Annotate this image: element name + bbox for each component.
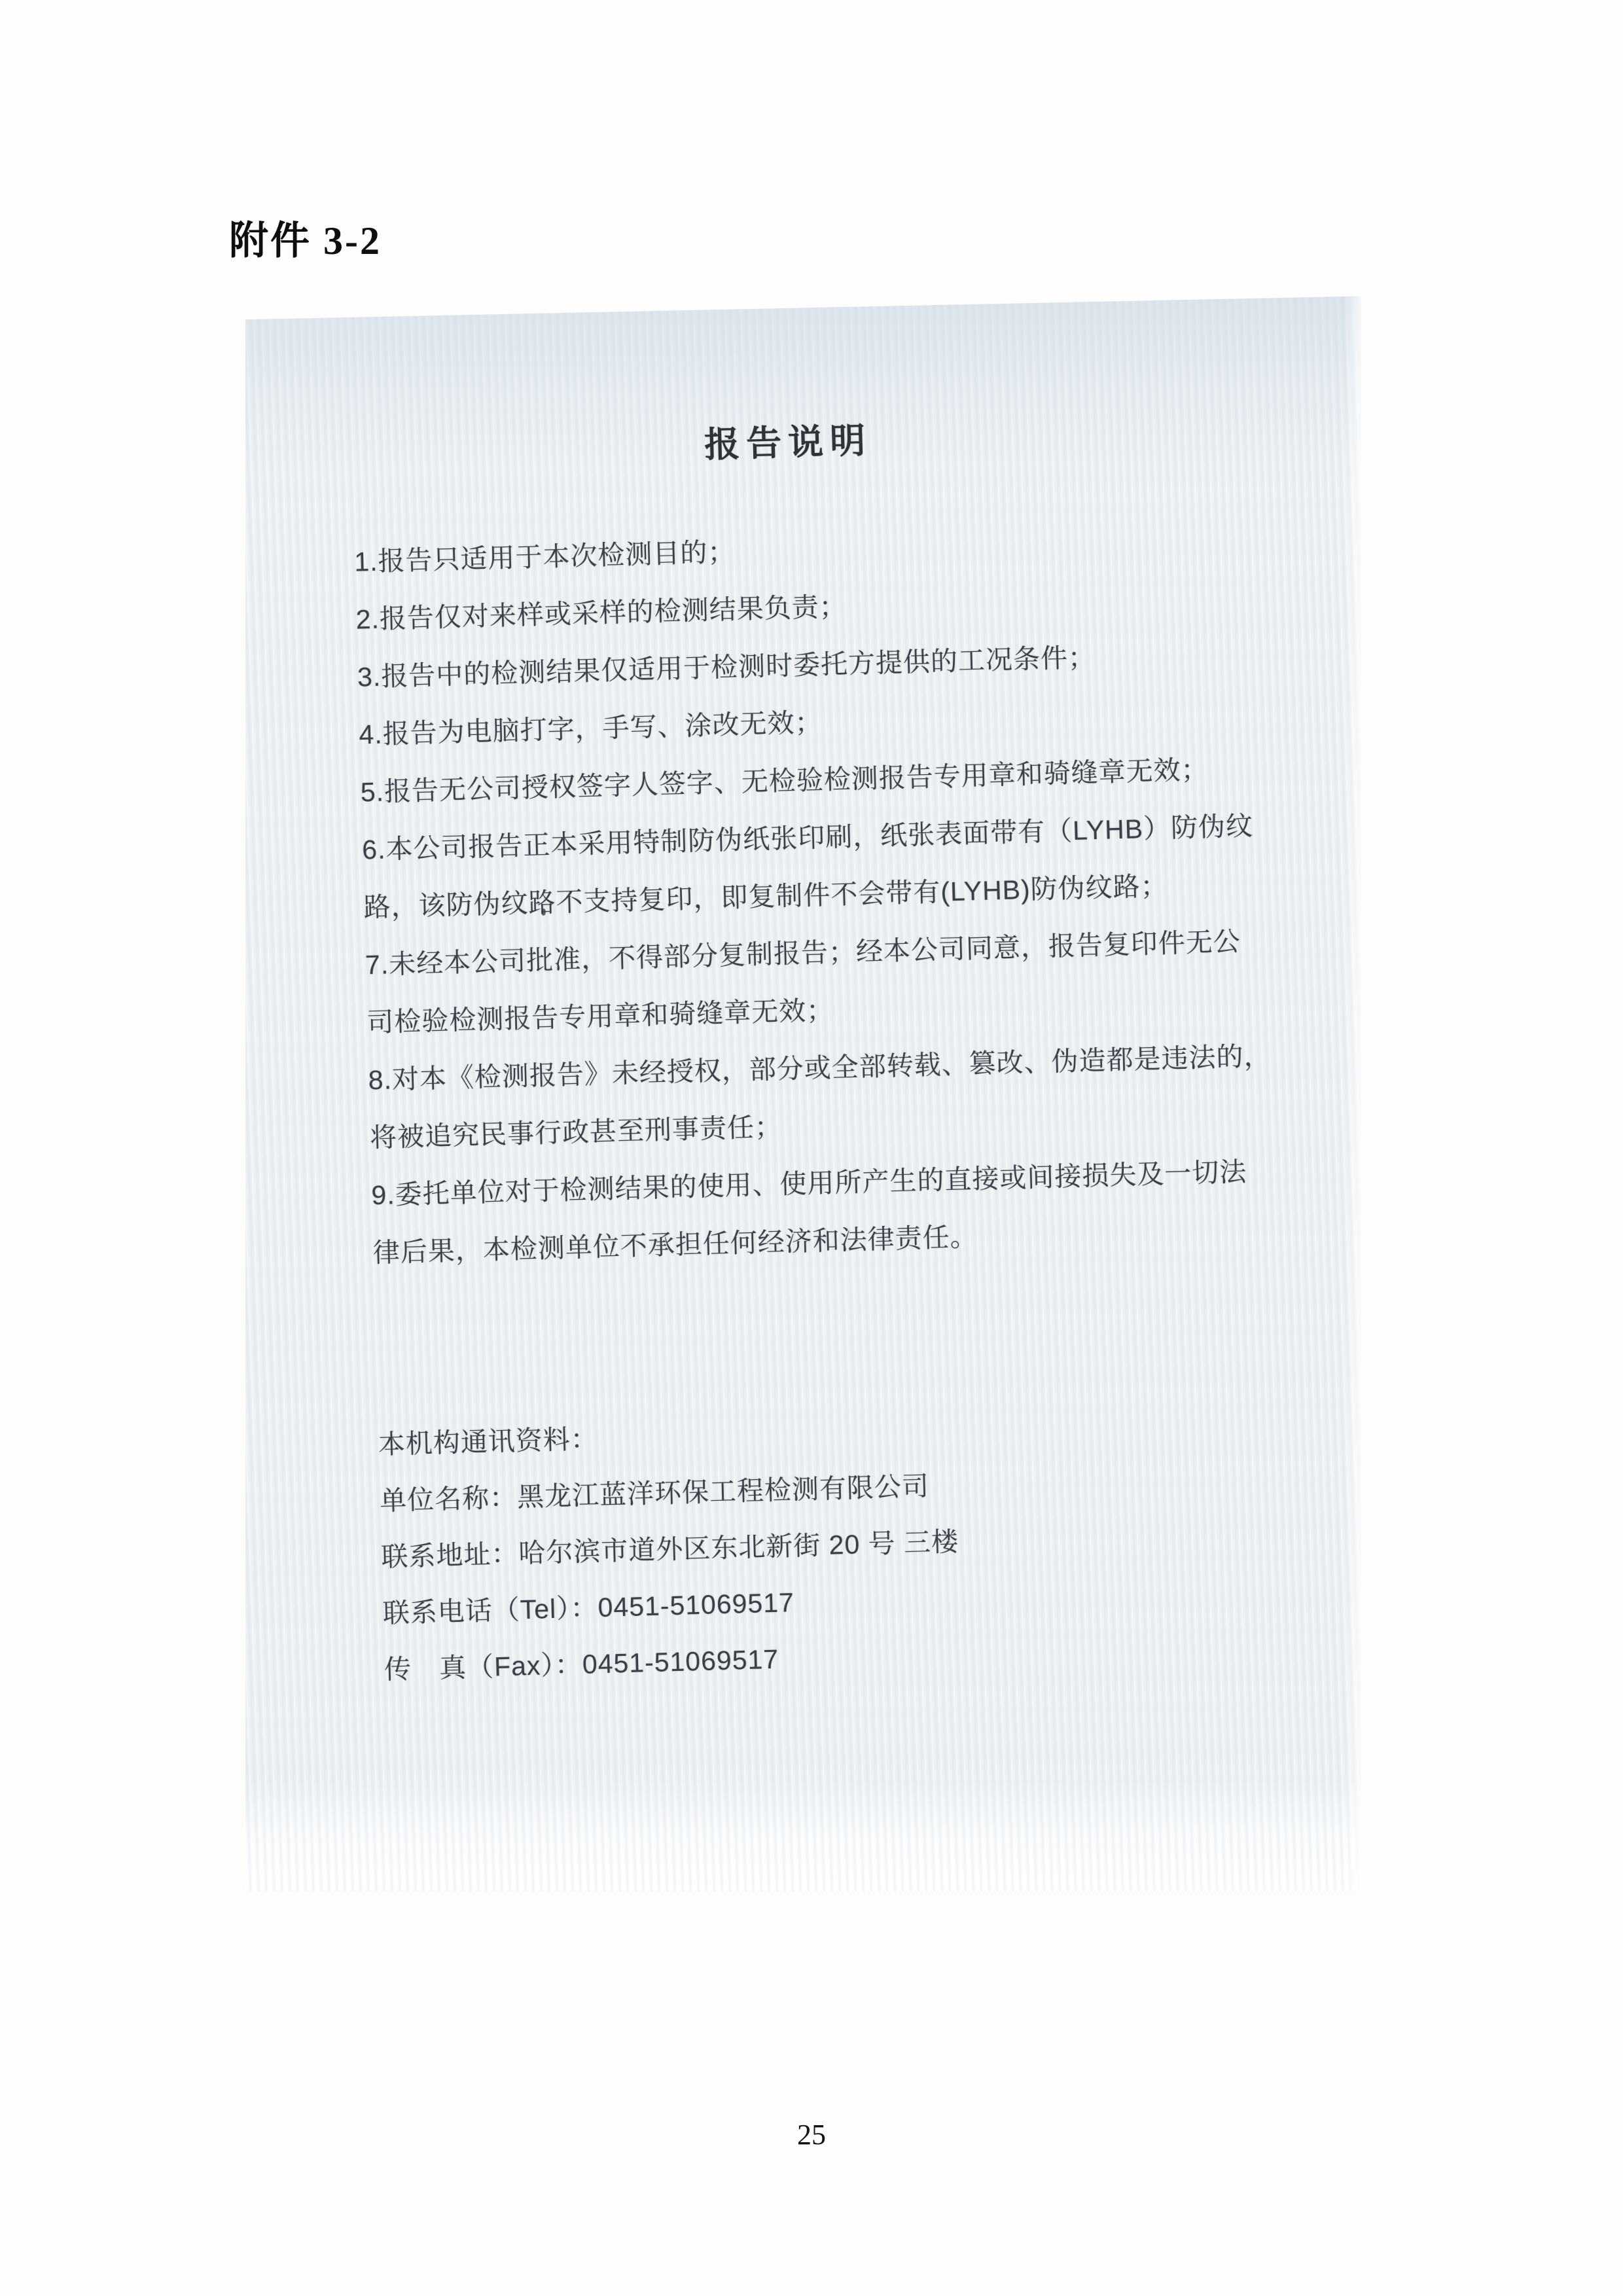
document-page: 附件 3-2 报告说明 1.报告只适用于本次检测目的； 2.报告仅对来样或采样的… — [0, 0, 1623, 2296]
report-title: 报告说明 — [245, 400, 1346, 480]
page-number: 25 — [0, 2118, 1623, 2151]
report-notes: 1.报告只适用于本次检测目的； 2.报告仅对来样或采样的检测结果负责； 3.报告… — [353, 507, 1361, 1282]
scan-artifact-dot — [541, 908, 546, 916]
scanned-report-image: 报告说明 1.报告只适用于本次检测目的； 2.报告仅对来样或采样的检测结果负责；… — [245, 293, 1361, 1892]
attachment-heading: 附件 3-2 — [229, 209, 382, 266]
scan-content: 报告说明 1.报告只适用于本次检测目的； 2.报告仅对来样或采样的检测结果负责；… — [245, 293, 1361, 1892]
contact-info: 本机构通讯资料： 单位名称：黑龙江蓝洋环保工程检测有限公司 联系地址：哈尔滨市道… — [378, 1391, 1334, 1698]
